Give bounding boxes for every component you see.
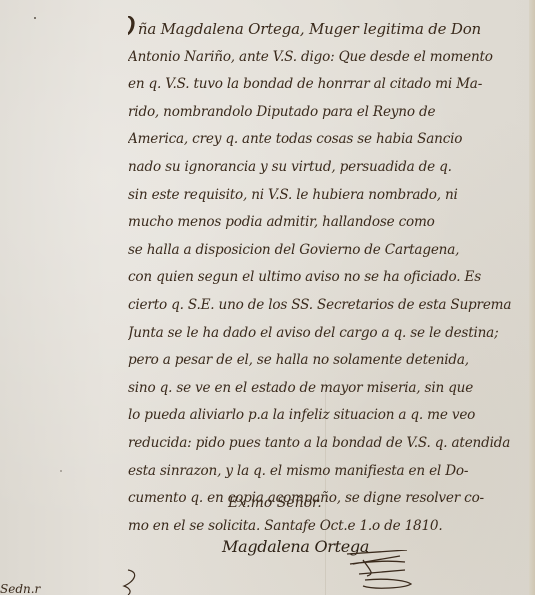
paper-speck	[34, 17, 36, 19]
text-line: sin este requisito, ni V.S. le hubiera n…	[128, 182, 523, 210]
text-line: pero a pesar de el, se halla no solament…	[128, 347, 523, 375]
text-line: se halla a disposicion del Govierno de C…	[128, 237, 523, 265]
text-line: lo pueda aliviarlo p.a la infeliz situac…	[128, 402, 523, 430]
text-line: Dña Magdalena Ortega, Muger legitima de …	[128, 16, 523, 44]
manuscript-page: Dña Magdalena Ortega, Muger legitima de …	[0, 0, 535, 595]
text-line: reducida: pido pues tanto a la bondad de…	[128, 430, 523, 458]
text-line: America, crey q. ante todas cosas se hab…	[128, 126, 523, 154]
paper-speck	[60, 470, 62, 472]
text-line: esta sinrazon, y la q. el mismo manifies…	[128, 458, 523, 486]
text-line: sino q. se ve en el estado de mayor mise…	[128, 375, 523, 403]
text-line: Antonio Nariño, ante V.S. digo: Que desd…	[128, 44, 523, 72]
text-line: nado su ignorancia y su virtud, persuadi…	[128, 154, 523, 182]
margin-note: Sedn.r	[0, 582, 40, 595]
letter-body: Dña Magdalena Ortega, Muger legitima de …	[128, 16, 523, 540]
page-edge	[529, 0, 535, 595]
decorated-initial: D	[128, 16, 136, 44]
text-line: mucho menos podia admitir, hallandose co…	[128, 209, 523, 237]
text-line: rido, nombrandolo Diputado para el Reyno…	[128, 99, 523, 127]
margin-flourish	[120, 568, 145, 595]
text-line: cumento q. en copia acompaño, se digne r…	[128, 485, 523, 513]
signature-rubric	[345, 550, 415, 595]
closing-salutation: Ex.mo Señor.	[228, 495, 322, 511]
text-line: cierto q. S.E. uno de los SS. Secretario…	[128, 292, 523, 320]
text-line: con quien segun el ultimo aviso no se ha…	[128, 264, 523, 292]
text-line: en q. V.S. tuvo la bondad de honrrar al …	[128, 71, 523, 99]
text-line: Junta se le ha dado el aviso del cargo a…	[128, 320, 523, 348]
